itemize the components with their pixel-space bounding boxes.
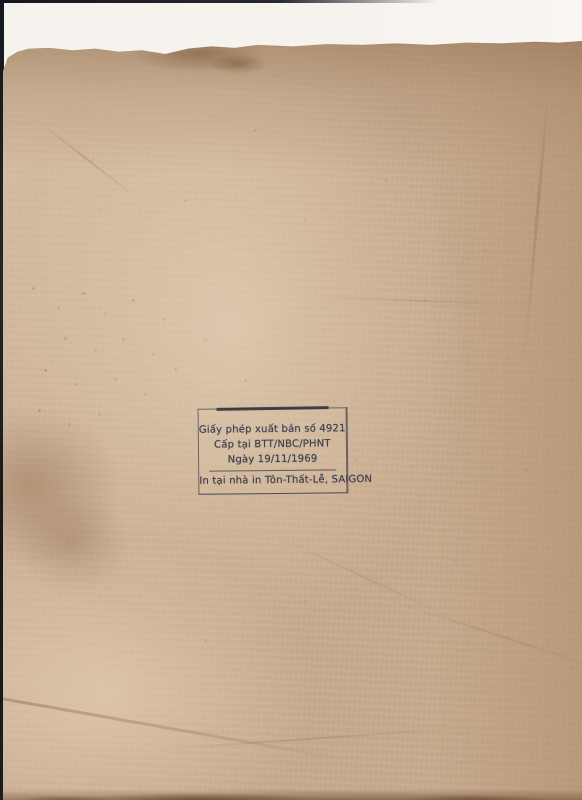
crease-line <box>523 90 549 357</box>
permit-number-line: Giấy phép xuất bản số 4921 <box>199 421 346 438</box>
scanner-top-edge-shadow <box>0 0 440 3</box>
paper-bottom-torn-edge <box>3 791 582 800</box>
stamp-divider-line <box>209 469 335 471</box>
date-line: Ngày 19/11/1969 <box>199 451 346 468</box>
crease-line <box>298 296 543 307</box>
crease-line <box>32 116 140 201</box>
crease-line <box>0 693 352 762</box>
printer-line: In tại nhà in Tôn-Thất-Lễ, SAIGON <box>199 472 346 489</box>
crease-line <box>143 726 472 751</box>
issuer-line: Cấp tại BTT/NBC/PHNT <box>199 436 346 453</box>
stamp-top-border-line <box>216 406 328 410</box>
crease-line <box>387 598 582 676</box>
scanned-page: Giấy phép xuất bản số 4921 Cấp tại BTT/N… <box>0 0 582 800</box>
print-permit-stamp: Giấy phép xuất bản số 4921 Cấp tại BTT/N… <box>198 407 349 495</box>
paper-back-cover: Giấy phép xuất bản số 4921 Cấp tại BTT/N… <box>3 38 582 800</box>
crease-line <box>270 533 457 621</box>
